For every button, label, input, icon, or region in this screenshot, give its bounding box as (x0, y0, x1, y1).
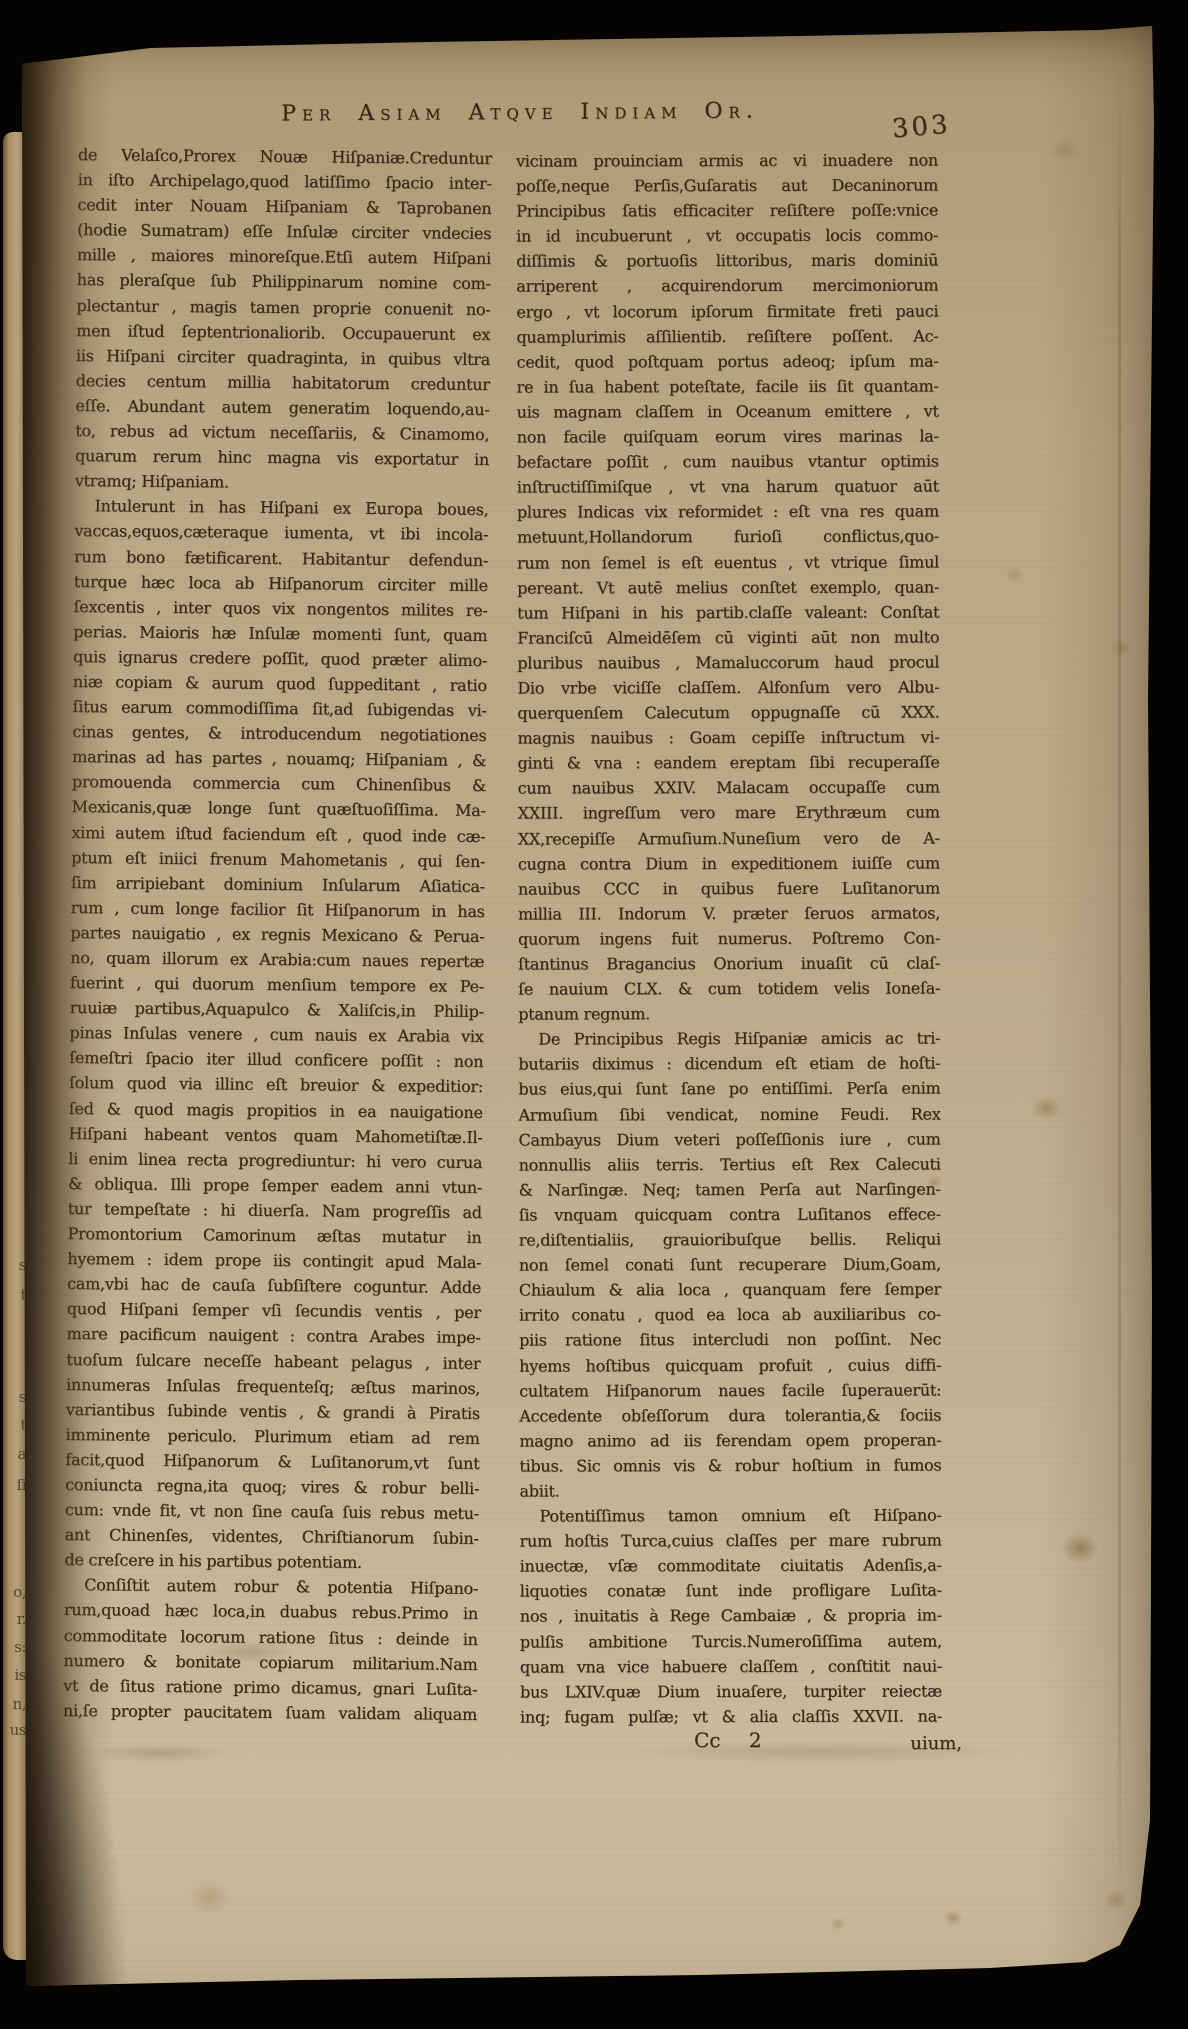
text-line: Dio vrbe viciſſe claſſem. Alfonſum vero … (517, 674, 939, 700)
facing-page-text-fragment: us (10, 1721, 26, 1739)
text-line: has pleraſque ſub Philippinarum nomine c… (77, 267, 491, 296)
book-scan: { "page": { "running_header": "Per Asiam… (0, 0, 1188, 2029)
text-line: abiit. (519, 1477, 941, 1503)
text-line: magno animo ad iis ferendam opem propera… (519, 1427, 941, 1453)
text-line: ptanum regnum. (518, 1001, 940, 1027)
text-line: mare pacificum nauigent : contra Arabes … (66, 1321, 480, 1350)
facing-page-text-fragment: n, (13, 1695, 26, 1713)
text-line: ginti & vna : eandem ereptam ſibi recupe… (518, 750, 940, 776)
book-page: Per Asiam Atqve Indiam Or. 303 de Velaſc… (0, 0, 1188, 2029)
text-line: magnis nauibus : Goam cepiſſe inſtructum… (517, 725, 939, 751)
text-line: imminente periculo. Plurimum etiam ad re… (65, 1422, 479, 1451)
text-line: ſis vnquam quicquam contra Luſitanos eff… (519, 1201, 941, 1227)
text-line: ſexcentis , inter quos vix nongentos mil… (73, 594, 487, 623)
text-line: inuectæ, vſæ commoditate ciuitatis Adenſ… (520, 1553, 942, 1579)
text-line: rum , cum longe facilior ſit Hiſpanorum … (71, 895, 485, 924)
text-line: cugna contra Dium in expeditionem iuiſſe… (518, 850, 940, 876)
text-line: millia III. Indorum V. præter ſeruos arm… (518, 900, 940, 926)
text-line: inſtructiſſimiſque , vt vna harum quatuo… (517, 474, 939, 500)
text-line: bus LXIV.quæ Dium inuaſere, turpiter rei… (520, 1678, 942, 1704)
facing-page-text-fragment: is (15, 1666, 27, 1684)
text-line: ſe nauium CLX. & cum totidem velis Ioneſ… (518, 976, 940, 1002)
facing-page-text-fragment: o, (13, 1583, 26, 1601)
text-line: ximi autem iſtud faciendum eſt , quod in… (71, 820, 485, 849)
text-line: pereant. Vt autē melius conſtet exemplo,… (517, 574, 939, 600)
text-line: in id incubuerunt , vt occupatis locis c… (516, 223, 938, 249)
text-line: iis Hiſpani circiter quadraginta, in qui… (76, 343, 490, 372)
facing-page-text-fragment: a (18, 1445, 26, 1463)
text-line: inq; fugam pulſæ; vt & alia claſſis XXVI… (520, 1703, 942, 1729)
text-line: li enim linea recta progrediuntur: hi ve… (68, 1146, 482, 1175)
catchword: uium, (856, 1733, 962, 1754)
text-line: cultatem Hiſpanorum naues facile ſuperau… (519, 1377, 941, 1403)
text-line: De Principibus Regis Hiſpaniæ amicis ac … (518, 1026, 940, 1052)
facing-page-text-fragment: r. (17, 1610, 26, 1628)
text-line: nonnullis aliis terris. Tertius eſt Rex … (519, 1151, 941, 1177)
text-line: ſed & quod magis propitios in ea nauigat… (69, 1096, 483, 1125)
text-line: butariis diximus : dicendum eſt etiam de… (518, 1051, 940, 1077)
facing-page-text-fragment: s: (14, 1638, 26, 1656)
text-line: pluribus nauibus , Mamaluccorum haud pro… (517, 649, 939, 675)
text-line: vaccas,equos,cæteraque iumenta, vt ibi i… (74, 518, 488, 547)
text-line: quorum ingens fuit numerus. Poſtremo Con… (518, 925, 940, 951)
text-line: liquoties conatæ ſunt inde profligare Lu… (520, 1578, 942, 1604)
text-line: bus eius,qui ſunt ſane po entiſſimi. Per… (518, 1076, 940, 1102)
text-line: Chiaulum & alia loca , quanquam fere ſem… (519, 1277, 941, 1303)
page-edge-shading (1040, 20, 1160, 1980)
text-line: cum nauibus XXIV. Malacam occupaſſe cum (518, 775, 940, 801)
text-line: diſſimis & portuoſis littoribus, maris d… (516, 248, 938, 274)
text-line: ſim arripiebant dominium Inſularum Aſiat… (71, 870, 485, 899)
text-column-right: vicinam prouinciam armis ac vi inuadere … (516, 147, 942, 1729)
text-line: rum non ſemel is eſt euentus , vt vtriqu… (517, 549, 939, 575)
text-line: quamplurimis aſſilientib. reſiſtere poſſ… (516, 323, 938, 349)
text-line: & obliqua. Illi prope ſemper eadem anni … (68, 1171, 482, 1200)
text-line: uis magnam claſſem in Oceanum emittere ,… (517, 398, 939, 424)
gutter-shadow-bottom (10, 1609, 160, 2029)
text-line: Potentiſſimus tamon omnium eſt Hiſpano- (519, 1503, 941, 1529)
text-line: decies centum millia habitatorum credunt… (76, 368, 490, 397)
text-line: non facile quiſquam eorum vires marinas … (517, 423, 939, 449)
text-line: Accedente obſeſſorum dura tolerantia,& ſ… (519, 1402, 941, 1428)
text-line: querquenſem Calecutum oppugnaſſe cū XXX. (517, 700, 939, 726)
text-line: men iſtud ſeptentrionaliorib. Occupaueru… (76, 318, 490, 347)
text-line: non ſemel conati ſunt recuperare Dium,Go… (519, 1252, 941, 1278)
signature-mark: Cc 2 (694, 1728, 762, 1752)
text-line: nauibus CCC in quibus fuere Luſitanorum (518, 875, 940, 901)
text-line: quam vna vice habuere claſſem , conſtiti… (520, 1653, 942, 1679)
text-line: hyems hoſtibus quicquam profuit , cuius … (519, 1352, 941, 1378)
text-line: ſolum quod via illinc eſt breuior & expe… (69, 1070, 483, 1099)
running-header: Per Asiam Atqve Indiam Or. (170, 98, 870, 127)
text-line: vicinam prouinciam armis ac vi inuadere … (516, 147, 938, 173)
text-line: piis ratione ſitus intercludi non poſſin… (519, 1327, 941, 1353)
text-line: tuoſum ſulcare neceſſe habeant pelagus ,… (66, 1346, 480, 1375)
text-line: ptum eſt iniici frenum Mahometanis , qui… (71, 845, 485, 874)
text-line: re,diſtentialiis, grauioribuſque bellis.… (519, 1226, 941, 1252)
text-line: Armuſium ſibi vendicat, nomine Feudi. Re… (518, 1101, 940, 1127)
facing-page-text-fragment: ſi (17, 1476, 26, 1494)
text-line: metuunt,Hollandorum furioſi conflictus,q… (517, 524, 939, 550)
text-line: Franciſcū Almeidēſem cū viginti aūt non … (517, 624, 939, 650)
page-crease (1118, 60, 1121, 1920)
text-line: re in ſua habent poteſtate, facile iis ſ… (517, 373, 939, 399)
text-line: turque hæc loca ab Hiſpanorum circiter m… (74, 569, 488, 598)
text-line: Hiſpani habeant ventos quam Mahometiſtæ.… (68, 1121, 482, 1150)
text-line: Cambayus Dium veteri poſſeſſionis iure ,… (518, 1126, 940, 1152)
text-line: pulſis ambitione Turcis.Numeroſiſſima au… (520, 1628, 942, 1654)
text-line: plures Indicas vix reformidet : eſt vna … (517, 499, 939, 525)
text-line: Mexicanis,quæ longe ſunt quæſtuoſiſſima.… (72, 794, 486, 823)
text-line: nos , inuitatis à Rege Cambaiæ , & propr… (520, 1603, 942, 1629)
text-line: XXIII. ingreſſum vero mare Erythræum cum (518, 800, 940, 826)
text-line: ergo , vt locorum ipſorum firmitate fret… (516, 298, 938, 324)
text-line: quis ignarus credere poſſit, quod præter… (73, 644, 487, 673)
text-line: variantibus ſubinde ventis , & grandi à … (66, 1397, 480, 1426)
text-line: rum hoſtis Turca,cuius claſſes per mare … (520, 1528, 942, 1554)
text-line: arriperent , acquirendorum mercimoniorum (516, 273, 938, 299)
text-column-left: de Velaſco,Prorex Nouæ Hiſpaniæ.Creduntu… (63, 142, 492, 1727)
text-line: XX,recepiſſe Armuſium.Nuneſium vero de A… (518, 825, 940, 851)
text-line: tum Hiſpani in his partib.claſſe valeant… (517, 599, 939, 625)
text-line: & Narſingæ. Neq; tamen Perſa aut Narſing… (519, 1176, 941, 1202)
text-line: ſtantinus Bragancius Onorium inuaſit cū … (518, 950, 940, 976)
page-number: 303 (891, 110, 952, 145)
text-line: irrito conatu , quod ea loca ab auxiliar… (519, 1302, 941, 1328)
text-line: perias. Maioris hæ Inſulæ momenti ſunt, … (73, 619, 487, 648)
text-line: innumeras Inſulas frequenteſq; æſtus mar… (66, 1372, 480, 1401)
text-line: poſſe,neque Perſis,Guſaratis aut Decanin… (516, 173, 938, 199)
text-line: rum bono fætificarent. Habitantur defend… (74, 544, 488, 573)
text-line: befactare poſſit , cum nauibus vtantur o… (517, 449, 939, 475)
text-line: tibus. Sic omnis vis & robur hoſtium in … (519, 1452, 941, 1478)
text-line: plectantur , magis tamen proprie conueni… (76, 293, 490, 322)
text-line: Principibus ſatis efficaciter reſiſtere … (516, 198, 938, 224)
text-line: cedit, quod poſtquam portus adeoq; ipſum… (516, 348, 938, 374)
